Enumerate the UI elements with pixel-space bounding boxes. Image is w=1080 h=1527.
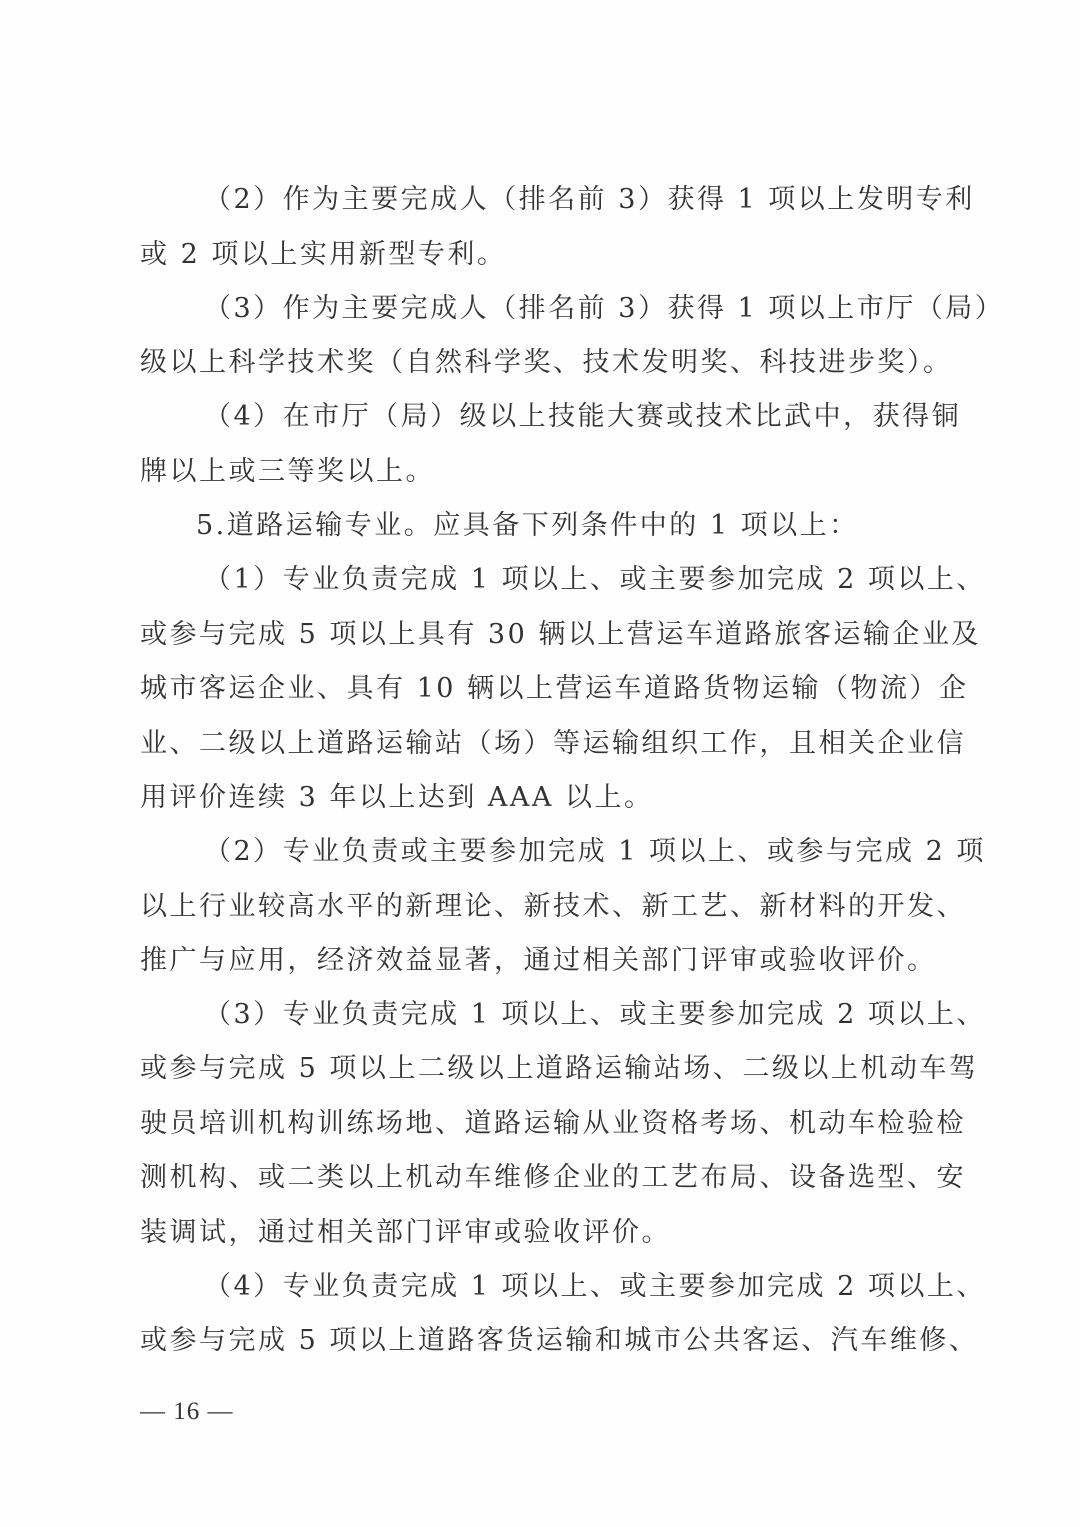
road-item-3-line-5: 装调试，通过相关部门评审或验收评价。 xyxy=(140,1216,940,1250)
road-item-3-line-2: 或参与完成 5 项以上二级以上道路运输站场、二级以上机动车驾 xyxy=(140,1052,940,1086)
road-item-3-line-3: 驶员培训机构训练场地、道路运输从业资格考场、机动车检验检 xyxy=(140,1107,940,1141)
road-item-1-line-5: 用评价连续 3 年以上达到 AAA 以上。 xyxy=(140,781,940,815)
item-4-line-2: 牌以上或三等奖以上。 xyxy=(140,455,940,489)
road-item-3-line-1: （3）专业负责完成 1 项以上、或主要参加完成 2 项以上、 xyxy=(204,998,1004,1032)
page-number: — 16 — xyxy=(140,1398,234,1426)
item-2-line-1: （2）作为主要完成人（排名前 3）获得 1 项以上发明专利 xyxy=(204,183,1004,217)
road-item-2-line-2: 以上行业较高水平的新理论、新技术、新工艺、新材料的开发、 xyxy=(140,890,940,924)
road-item-1-line-4: 业、二级以上道路运输站（场）等运输组织工作，且相关企业信 xyxy=(140,727,940,761)
item-4-line-1: （4）在市厅（局）级以上技能大赛或技术比武中，获得铜 xyxy=(204,400,1004,434)
road-item-1-line-3: 城市客运企业、具有 10 辆以上营运车道路货物运输（物流）企 xyxy=(140,672,940,706)
document-page: （2）作为主要完成人（排名前 3）获得 1 项以上发明专利 或 2 项以上实用新… xyxy=(0,0,1080,1527)
item-2-line-2: 或 2 项以上实用新型专利。 xyxy=(140,238,940,272)
road-item-1-line-1: （1）专业负责完成 1 项以上、或主要参加完成 2 项以上、 xyxy=(204,563,1004,597)
road-item-2-line-1: （2）专业负责或主要参加完成 1 项以上、或参与完成 2 项 xyxy=(204,835,1004,869)
section-5-heading: 5.道路运输专业。应具备下列条件中的 1 项以上： xyxy=(196,509,996,543)
item-3-line-2: 级以上科学技术奖（自然科学奖、技术发明奖、科技进步奖）。 xyxy=(140,346,940,380)
road-item-2-line-3: 推广与应用，经济效益显著，通过相关部门评审或验收评价。 xyxy=(140,944,940,978)
road-item-3-line-4: 测机构、或二类以上机动车维修企业的工艺布局、设备选型、安 xyxy=(140,1161,940,1195)
road-item-4-line-1: （4）专业负责完成 1 项以上、或主要参加完成 2 项以上、 xyxy=(204,1270,1004,1304)
road-item-4-line-2: 或参与完成 5 项以上道路客货运输和城市公共客运、汽车维修、 xyxy=(140,1324,940,1358)
road-item-1-line-2: 或参与完成 5 项以上具有 30 辆以上营运车道路旅客运输企业及 xyxy=(140,618,940,652)
item-3-line-1: （3）作为主要完成人（排名前 3）获得 1 项以上市厅（局） xyxy=(204,292,1004,326)
